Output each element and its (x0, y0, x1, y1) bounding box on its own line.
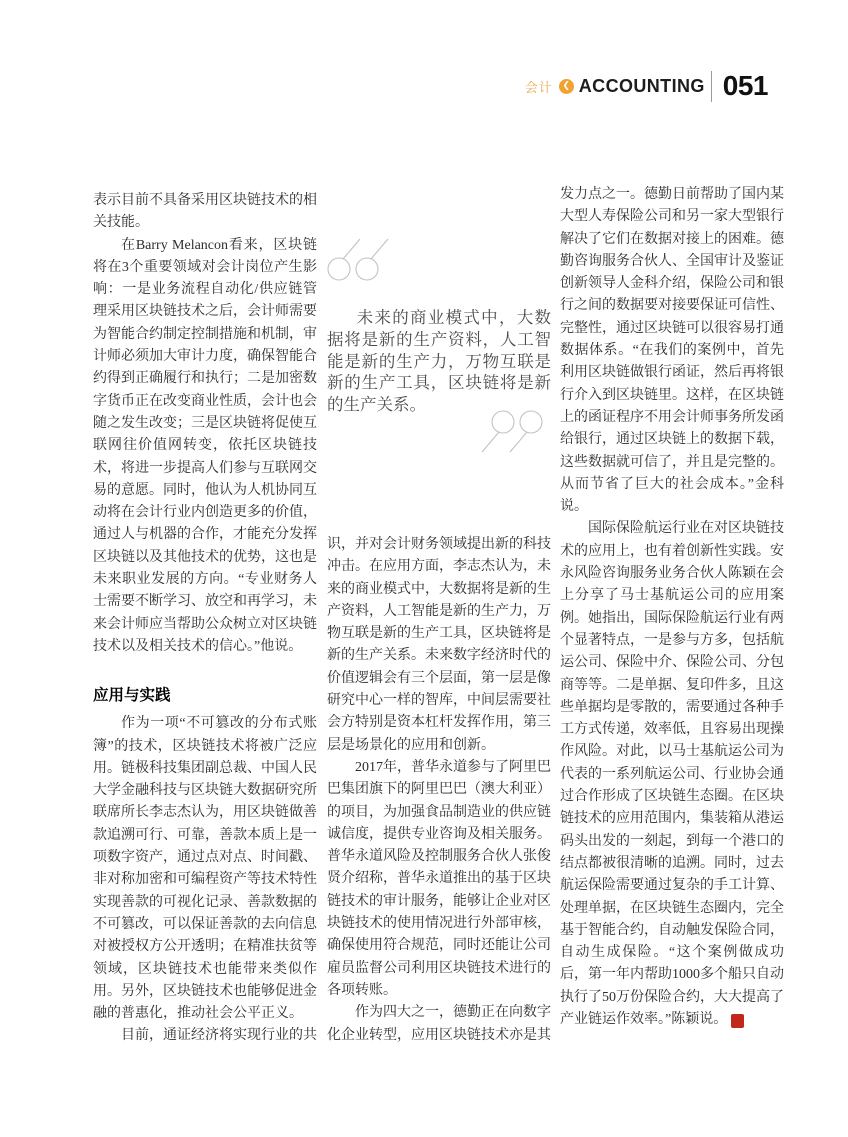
paragraph-text: 国际保险航运行业在对区块链技术的应用上，也有着创新性实践。安永风险咨询服务业务合… (560, 521, 784, 1027)
column-right: 发力点之一。德勤日前帮助了国内某大型人寿保险公司和另一家大型银行解决了它们在数据… (560, 184, 784, 1031)
paragraph: 作为一项“不可篡改的分布式账簿”的技术，区块链技术将被广泛应用。链极科技集团副总… (93, 713, 317, 1025)
paragraph: 发力点之一。德勤日前帮助了国内某大型人寿保险公司和另一家大型银行解决了它们在数据… (560, 184, 784, 518)
magazine-page: 会计 ❮ ACCOUNTING 051 表示目前不具备采用区块链技术的相关技能。… (0, 0, 848, 1137)
close-quote-icon (481, 409, 543, 453)
column-left: 表示目前不具备采用区块链技术的相关技能。 在Barry Melancon看来，区… (93, 190, 317, 1048)
paragraph: 国际保险航运行业在对区块链技术的应用上，也有着创新性实践。安永风险咨询服务业务合… (560, 518, 784, 1031)
section-label-en: ACCOUNTING (579, 76, 705, 97)
page-header: 会计 ❮ ACCOUNTING 051 (525, 68, 768, 104)
paragraph: 目前，通证经济将实现行业的共 (93, 1025, 317, 1047)
article-end-mark: 财 (731, 1014, 744, 1028)
chevron-glyph: ❮ (563, 82, 571, 91)
column-middle-body: 识，并对会计财务领域提出新的科技冲击。在应用方面，李志杰认为，未来的商业模式中，… (327, 534, 551, 1047)
chevron-left-icon: ❮ (559, 79, 574, 94)
paragraph: 作为四大之一，德勤正在向数字化企业转型，应用区块链技术亦是其 (327, 1002, 551, 1047)
paragraph: 识，并对会计财务领域提出新的科技冲击。在应用方面，李志杰认为，未来的商业模式中，… (327, 534, 551, 757)
pull-quote: 未来的商业模式中，大数据将是新的生产资料，人工智能是新的生产力，万物互联是新的生… (327, 308, 551, 417)
column-middle: 未来的商业模式中，大数据将是新的生产资料，人工智能是新的生产力，万物互联是新的生… (327, 238, 551, 1047)
section-heading: 应用与实践 (93, 687, 317, 705)
paragraph: 表示目前不具备采用区块链技术的相关技能。 (93, 190, 317, 235)
page-number: 051 (723, 70, 768, 102)
paragraph: 2017年，普华永道参与了阿里巴巴集团旗下的阿里巴巴（澳大利亚）的项目，为加强食… (327, 757, 551, 1002)
paragraph: 在Barry Melancon看来，区块链将在3个重要领域对会计岗位产生影响：一… (93, 235, 317, 659)
header-divider (711, 71, 712, 102)
section-label-cn: 会计 (525, 77, 553, 96)
open-quote-icon (327, 238, 389, 282)
